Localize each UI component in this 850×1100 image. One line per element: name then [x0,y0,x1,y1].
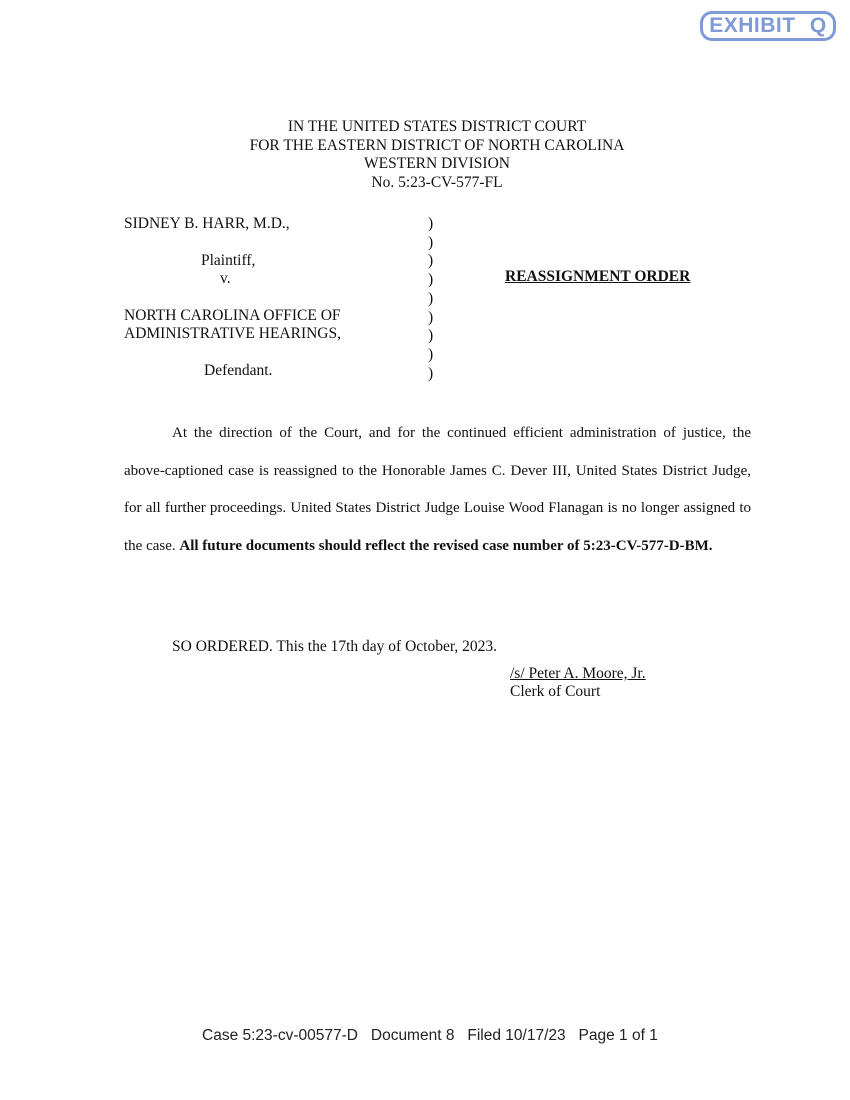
bracket: ) [428,290,433,309]
body-text: At the direction of the Court, and for t… [124,425,751,554]
so-ordered: SO ORDERED. This the 17th day of October… [172,638,497,656]
bracket: ) [428,309,433,328]
defendant-label: Defendant. [204,362,272,380]
bracket: ) [428,346,433,365]
document-title: REASSIGNMENT ORDER [505,268,690,286]
signature-name: /s/ Peter A. Moore, Jr. [510,665,646,683]
bracket: ) [428,234,433,253]
defendant-name: NORTH CAROLINA OFFICE OF ADMINISTRATIVE … [124,307,341,343]
body-text-bold: All future documents should reflect the … [179,538,712,554]
bracket: ) [428,252,433,271]
caption-bracket: ) ) ) ) ) ) ) ) ) [428,215,433,383]
signature-title: Clerk of Court [510,683,646,701]
bracket: ) [428,327,433,346]
court-district: FOR THE EASTERN DISTRICT OF NORTH CAROLI… [0,137,850,156]
court-name: IN THE UNITED STATES DISTRICT COURT [0,118,850,137]
footer-filed: Filed 10/17/23 [467,1027,565,1044]
case-number: No. 5:23-CV-577-FL [0,174,850,193]
bracket: ) [428,215,433,234]
bracket: ) [428,365,433,384]
court-header: IN THE UNITED STATES DISTRICT COURT FOR … [0,118,850,192]
court-division: WESTERN DIVISION [0,155,850,174]
versus-label: v. [220,270,231,288]
footer-document: Document 8 [371,1027,455,1044]
exhibit-stamp: EXHIBIT Q [700,11,836,41]
defendant-line-1: NORTH CAROLINA OFFICE OF [124,307,341,325]
plaintiff-label: Plaintiff, [201,252,255,270]
page-footer: Case 5:23-cv-00577-D Document 8 Filed 10… [202,1027,658,1045]
order-body: At the direction of the Court, and for t… [124,415,751,565]
footer-page: Page 1 of 1 [579,1027,658,1044]
plaintiff-name: SIDNEY B. HARR, M.D., [124,215,290,233]
signature-block: /s/ Peter A. Moore, Jr. Clerk of Court [510,665,646,701]
defendant-line-2: ADMINISTRATIVE HEARINGS, [124,325,341,343]
footer-case: Case 5:23-cv-00577-D [202,1027,358,1044]
bracket: ) [428,271,433,290]
